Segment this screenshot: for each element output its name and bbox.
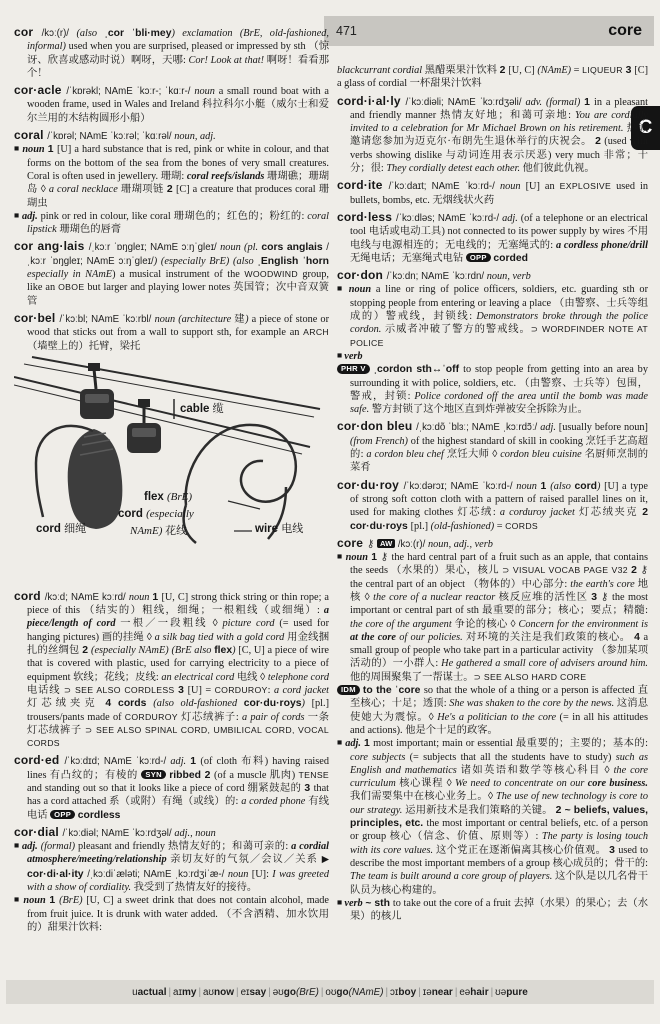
text-run: noun (architecture bbox=[155, 314, 235, 325]
text-run: boy bbox=[398, 987, 416, 998]
phrv-badge: PHR V bbox=[337, 364, 370, 374]
text-run: noun bbox=[228, 869, 252, 880]
text-run: 建 bbox=[234, 314, 245, 325]
derivative-marker: ▶ bbox=[322, 855, 329, 865]
text-run: 灯芯绒: bbox=[457, 507, 499, 518]
text-run: əʊ bbox=[273, 987, 284, 998]
text-run: 3 bbox=[178, 685, 188, 696]
bullet-marker: ■ bbox=[14, 894, 23, 904]
text-run: He gathered a small core of advisers aro… bbox=[441, 658, 648, 669]
text-run: cor·dial bbox=[14, 825, 62, 839]
text-run: a silk bag tied with a gold cord bbox=[155, 632, 287, 643]
text-run: 珊瑚: bbox=[161, 171, 187, 182]
text-run: 3 bbox=[591, 592, 601, 603]
key-icon: ⚷ bbox=[381, 552, 392, 563]
text-run: [usually before noun] bbox=[559, 422, 648, 433]
text-run: noun bbox=[129, 592, 153, 603]
text-run: cord bbox=[575, 481, 598, 492]
text-run: near bbox=[432, 987, 453, 998]
text-run: cable bbox=[180, 403, 213, 415]
text-run: cord bbox=[14, 589, 45, 603]
text-run: /ˌkɔːdiˈæləti; NAmE ˌkɔːrdʒiˈæ-/ bbox=[87, 869, 228, 880]
text-run: He's a politician to the core bbox=[437, 712, 559, 723]
entry-paragraph: blackcurrant cordial 黑醋栗果汁饮料 2 [U, C] (N… bbox=[337, 64, 648, 91]
text-run: 核心课程 bbox=[399, 778, 446, 789]
text-run: /ˈkɔːdiəli; NAmE ˈkɔːrdʒəli/ bbox=[406, 97, 526, 108]
text-run: cord·i·al·ly bbox=[337, 94, 406, 108]
text-run: Concern for the environment is bbox=[518, 619, 648, 630]
text-run: pleasant and friendly bbox=[78, 841, 168, 852]
entry-paragraph: coral /ˈkɒrəl; NAmE ˈkɔːrəl; ˈkɑːrəl/ no… bbox=[14, 129, 329, 143]
text-run: 4 cords bbox=[105, 698, 153, 709]
dict-entry-core: core ⚷ AW /kɔː(r)/ noun, adj., verb■ nou… bbox=[337, 537, 648, 924]
text-run: core business. bbox=[588, 778, 648, 789]
entry-paragraph: core ⚷ AW /kɔː(r)/ noun, adj., verb bbox=[337, 537, 648, 551]
entry-paragraph: cor·don bleu /ˌkɔːdõ ˈblɜː; NAmE ˌkɔːrdɔ… bbox=[337, 420, 648, 474]
text-run: ◊ bbox=[492, 449, 500, 460]
dict-entry-cordite: cord·ite /ˈkɔːdaɪt; NAmE ˈkɔːrd-/ noun [… bbox=[337, 179, 648, 207]
text-run: NAmE) bbox=[130, 525, 165, 537]
dict-entry-cordial-continued: blackcurrant cordial 黑醋栗果汁饮料 2 [U, C] (N… bbox=[337, 64, 648, 91]
text-run: 对环境的关注是我们政策的核心。 bbox=[466, 632, 634, 643]
text-run: ˌcordon sth↔ˈoff bbox=[374, 364, 464, 375]
text-run: 与动词连用表示厌恶 bbox=[446, 150, 548, 161]
text-run: cord·less bbox=[337, 210, 396, 224]
text-run: cor·don bbox=[337, 268, 387, 282]
text-run: (BrE) bbox=[296, 987, 319, 998]
entry-paragraph: cord /kɔːd; NAmE kɔːrd/ noun 1 [U, C] st… bbox=[14, 590, 329, 751]
entry-paragraph: ■ noun a line or ring of police officers… bbox=[337, 283, 648, 349]
text-run: especially in NAmE bbox=[27, 269, 112, 280]
dictionary-page: 471 core C cor /kɔː(r)/ (also ˌcor ˈbli·… bbox=[0, 0, 660, 1024]
entries-group-left-top: cor /kɔː(r)/ (also ˌcor ˈbli·mey) exclam… bbox=[14, 26, 329, 353]
text-run: noun bbox=[500, 181, 526, 192]
text-run: /ˈkɔːdaɪt; NAmE ˈkɔːrd-/ bbox=[389, 181, 500, 192]
text-run: EXPLOSIVE bbox=[560, 181, 611, 191]
entry-paragraph: cor·du·roy /ˈkɔːdərɔɪ; NAmE ˈkɔːrd-/ nou… bbox=[337, 479, 648, 533]
text-run: (BrE) bbox=[59, 895, 86, 906]
text-run: ◊ bbox=[213, 618, 223, 629]
entry-paragraph: IDM to the ˈcore so that the whole of a … bbox=[337, 684, 648, 737]
entry-paragraph: ■ verb ~ sth to take out the core of a f… bbox=[337, 897, 648, 924]
text-run: eə bbox=[459, 987, 470, 998]
text-run: noun bbox=[346, 552, 372, 563]
text-run: /ˈkɒrəl; NAmE ˈkɔːrəl; ˈkɑːrəl/ bbox=[47, 131, 174, 142]
text-run: the earth's core bbox=[570, 579, 637, 590]
text-run: adj. bbox=[22, 211, 41, 222]
text-run: (also bbox=[76, 28, 104, 39]
text-run: 肌肉 bbox=[270, 770, 292, 781]
text-run: (of a muscle bbox=[214, 770, 270, 781]
text-run: ˌcor ˈbli·mey bbox=[104, 28, 171, 39]
text-run: (= subjects that all the students have t… bbox=[410, 752, 616, 763]
key-icon: ⚷ bbox=[367, 539, 377, 550]
text-run: 2 bbox=[167, 184, 176, 195]
text-run: a cordless phone/drill bbox=[556, 240, 648, 251]
text-run: to take out the core of a fruit bbox=[393, 898, 514, 909]
text-run: cor ang·lais bbox=[14, 239, 89, 253]
text-run: picture cord bbox=[222, 618, 279, 629]
text-run: 珊瑚色的唇膏 bbox=[59, 224, 121, 235]
text-run: 核反应堆的活性区 bbox=[499, 592, 592, 603]
text-run: /kɔː(r)/ bbox=[42, 28, 77, 39]
bullet-marker: ■ bbox=[337, 737, 345, 747]
text-run: (especially bbox=[146, 508, 194, 520]
entry-paragraph: ■ verb bbox=[337, 350, 648, 363]
text-run: so that the whole of a thing or a person… bbox=[424, 685, 638, 696]
entry-paragraph: ■ adj. 1 most important; main or essenti… bbox=[337, 737, 648, 897]
text-run: ◊ bbox=[488, 791, 496, 802]
text-run: 画的挂绳 bbox=[102, 632, 147, 643]
text-run: verb bbox=[344, 351, 362, 362]
text-run: say bbox=[250, 987, 267, 998]
text-run: 珊瑚色的；红色的；粉红的: bbox=[174, 211, 308, 222]
text-run: 1 bbox=[49, 895, 59, 906]
text-run: a corded phone bbox=[241, 796, 308, 807]
text-run: ) a musical instrument of the bbox=[112, 269, 244, 280]
text-run: 核心（信念、价值、原则等）: bbox=[390, 831, 542, 842]
bullet-marker: ■ bbox=[14, 210, 22, 220]
text-run: flex bbox=[144, 491, 167, 503]
text-run: （物体的）中心部分: bbox=[468, 579, 570, 590]
text-run: ˌEnglish ˈhorn bbox=[257, 256, 329, 267]
bullet-marker: ■ bbox=[337, 897, 344, 907]
left-column: cor /kɔː(r)/ (also ˌcor ˈbli·mey) exclam… bbox=[14, 26, 329, 980]
text-run: 我们需要集中在核心业务上。 bbox=[350, 791, 488, 802]
text-run: of the highest standard of skill in cook… bbox=[411, 436, 586, 447]
text-run: ◊ bbox=[429, 712, 438, 723]
text-run: OBOE bbox=[58, 282, 84, 292]
text-run: 花线 bbox=[165, 525, 187, 537]
text-run: the central part of an object bbox=[350, 579, 468, 590]
text-run: ɪə bbox=[423, 987, 432, 998]
text-run: 这个党正在逐渐偏离其核心价值观。 bbox=[436, 845, 609, 856]
text-run: 软线；花线；皮线: bbox=[73, 672, 161, 683]
text-run: ʊə bbox=[495, 987, 506, 998]
text-run: wire bbox=[255, 523, 281, 535]
text-run: 热情友好地；和蔼可亲地: bbox=[440, 110, 575, 121]
dict-entry-coral: coral /ˈkɒrəl; NAmE ˈkɔːrəl; ˈkɑːrəl/ no… bbox=[14, 129, 329, 236]
text-run: adj. bbox=[502, 213, 521, 224]
text-run: 亲切友好的气氛／会议／关系 bbox=[170, 854, 321, 865]
text-run: 一杯甜果汁饮料 bbox=[410, 78, 482, 89]
text-run: of our policies. bbox=[399, 632, 466, 643]
text-run: adj., noun bbox=[174, 828, 215, 839]
text-run: [pl.] bbox=[411, 521, 431, 532]
entry-paragraph: cor·dial /ˈkɔːdiəl; NAmE ˈkɔːrdʒəl/ adj.… bbox=[14, 826, 329, 840]
opp-badge: OPP bbox=[50, 810, 75, 820]
text-run: (of cloth bbox=[200, 756, 241, 767]
text-run: ◊ bbox=[605, 765, 614, 776]
illustration-cord-wire: cable 缆 flex (BrE) cord (especially NAmE… bbox=[14, 355, 329, 587]
text-run: cor·bel bbox=[14, 311, 59, 325]
text-run: (NAmE) bbox=[537, 65, 571, 76]
text-run: a coral necklace bbox=[49, 184, 121, 195]
text-run: [U]: bbox=[252, 869, 273, 880]
text-run: ◊ bbox=[447, 778, 455, 789]
text-run: 1 bbox=[584, 97, 594, 108]
text-run: an electrical cord bbox=[161, 672, 237, 683]
dict-entry-cor-anglais: cor ang·lais /ˌkɔːr ˈɒŋgleɪ; NAmE ɔːŋˈgl… bbox=[14, 240, 329, 307]
text-run: = bbox=[571, 65, 582, 76]
guide-word: core bbox=[608, 22, 642, 40]
text-run: ⊃ SEE ALSO HARD CORE bbox=[474, 672, 587, 682]
text-run: They cordially detest each other. bbox=[386, 163, 522, 174]
dict-entry-cordial: cor·dial /ˈkɔːdiəl; NAmE ˈkɔːrdʒəl/ adj.… bbox=[14, 826, 329, 934]
text-run: aʊ bbox=[203, 987, 214, 998]
text-run: noun bbox=[23, 895, 49, 906]
text-run: adj. bbox=[22, 841, 41, 852]
text-run: adj. bbox=[170, 756, 190, 767]
text-run: eɪ bbox=[241, 987, 250, 998]
text-run: 电线 bbox=[281, 523, 303, 535]
dict-entry-cordon: cor·don /ˈkɔːdn; NAmE ˈkɔːrdn/ noun, ver… bbox=[337, 269, 648, 416]
running-header: 471 core bbox=[324, 16, 654, 46]
text-run: noun, adj., verb bbox=[428, 539, 493, 550]
text-run: She was shaken to the core by the news. bbox=[449, 698, 617, 709]
text-run: telephone cord bbox=[268, 672, 329, 683]
idm-badge: IDM bbox=[337, 685, 360, 695]
text-run: and standing out so that it looks like a… bbox=[27, 783, 248, 794]
entry-paragraph: cor·don /ˈkɔːdn; NAmE ˈkɔːrdn/ noun, ver… bbox=[337, 269, 648, 283]
text-run: cordless bbox=[78, 810, 121, 821]
text-run: actual bbox=[138, 987, 167, 998]
text-run: used when you are surprised, pleased or … bbox=[69, 41, 309, 52]
text-run: (old-fashioned) bbox=[431, 521, 495, 532]
text-run: cor bbox=[14, 26, 42, 39]
bullet-marker: ■ bbox=[337, 283, 349, 293]
text-run: cord bbox=[36, 523, 64, 535]
text-run: cor·acle bbox=[14, 83, 66, 97]
text-run: noun bbox=[516, 481, 540, 492]
bullet-marker: ■ bbox=[337, 551, 346, 561]
text-run: 电话或电动工具 bbox=[369, 226, 442, 237]
text-run: 3 bbox=[609, 845, 618, 856]
text-run: 细绳 bbox=[64, 523, 86, 535]
dict-entry-cor: cor /kɔː(r)/ (also ˌcor ˈbli·mey) exclam… bbox=[14, 26, 329, 80]
entry-paragraph: cor /kɔː(r)/ (also ˌcor ˈbli·mey) exclam… bbox=[14, 26, 329, 80]
text-run: 灯芯绒夹克 bbox=[579, 507, 642, 518]
text-run: ◊ bbox=[260, 672, 268, 683]
text-run: 缆 bbox=[213, 403, 224, 415]
text-run: ) bbox=[292, 770, 299, 781]
text-run: 他们彼此仇视。 bbox=[523, 163, 595, 174]
text-run: a pair of cords bbox=[242, 712, 308, 723]
text-run: (BrE) bbox=[167, 491, 192, 503]
text-run: 电话线 bbox=[27, 685, 64, 696]
page-number: 471 bbox=[336, 24, 357, 38]
text-run: /ˈkɔːdərɔɪ; NAmE ˈkɔːrd-/ bbox=[404, 481, 517, 492]
text-run: noun bbox=[349, 284, 376, 295]
text-run: 无绳电话；无塞绳式电钻 bbox=[350, 253, 466, 264]
text-run: ) not connected to its power supply by w… bbox=[441, 226, 627, 237]
text-run: ) bbox=[302, 698, 312, 709]
text-run: noun, verb bbox=[487, 271, 531, 282]
text-run: cor·du·roys bbox=[244, 698, 302, 709]
text-run: ◊ bbox=[147, 632, 155, 643]
text-run: (also bbox=[550, 481, 574, 492]
text-run: = bbox=[494, 521, 505, 532]
dict-entry-corded: cord·ed /ˈkɔːdɪd; NAmE ˈkɔːrd-/ adj. 1 (… bbox=[14, 754, 329, 821]
text-run: LIQUEUR bbox=[582, 65, 625, 75]
text-run: 2 bbox=[631, 565, 640, 576]
text-run: 绷紧鼓起的 bbox=[248, 783, 305, 794]
text-run: cors anglais bbox=[261, 242, 326, 253]
text-run: /kɔː(r)/ bbox=[398, 539, 428, 550]
text-run: 争论的核心 bbox=[455, 619, 511, 630]
text-run: [U] = bbox=[188, 685, 215, 696]
text-run: [U] an bbox=[526, 181, 560, 192]
illustration-label-flex: flex (BrE) bbox=[144, 491, 192, 504]
text-run: 1 bbox=[48, 144, 57, 155]
text-run: a cordon bleu chef bbox=[366, 449, 446, 460]
text-run: the core of a nuclear reactor bbox=[373, 592, 499, 603]
text-run: ARCH bbox=[303, 327, 329, 337]
text-run: most important; main or essential bbox=[373, 738, 516, 749]
text-run: coral bbox=[14, 128, 47, 142]
text-run: adj. bbox=[345, 738, 364, 749]
text-run: noun bbox=[194, 86, 218, 97]
dict-entry-cordon-bleu: cor·don bleu /ˌkɔːdõ ˈblɜː; NAmE ˌkɔːrdɔ… bbox=[337, 420, 648, 474]
text-run: /ˌkɔːr ˈɒŋgleɪ; NAmE ɔːŋˈgleɪ/ bbox=[89, 242, 220, 253]
bullet-marker: ■ bbox=[14, 840, 22, 850]
text-run: cor·di·al·ity bbox=[27, 869, 87, 880]
text-run: （结实的）粗线，细绳；一根粗线（或细绳）: bbox=[84, 605, 324, 616]
illustration-label-wire: wire 电线 bbox=[255, 523, 303, 536]
syn-badge: SYN bbox=[141, 770, 166, 780]
text-run: We need to concentrate on our bbox=[455, 778, 588, 789]
dict-entry-corbel: cor·bel /ˈkɔːbl; NAmE ˈkɔːrbl/ noun (arc… bbox=[14, 312, 329, 353]
text-run: noun (pl. bbox=[220, 242, 261, 253]
entry-paragraph: cor ang·lais /ˌkɔːr ˈɒŋgleɪ; NAmE ɔːŋˈgl… bbox=[14, 240, 329, 307]
text-run: 1 bbox=[371, 552, 380, 563]
cord-wire-drawing bbox=[14, 355, 329, 587]
text-run: /ˈkɔːdn; NAmE ˈkɔːrdn/ bbox=[387, 271, 487, 282]
entry-paragraph: cord·less /ˈkɔːdləs; NAmE ˈkɔːrd-/ adj. … bbox=[337, 211, 648, 265]
text-run: Cor! Look at that! bbox=[189, 55, 267, 66]
text-run: 运用新技术是我们策略的关键。 bbox=[405, 805, 556, 816]
text-run: 一根／一段粗线 bbox=[120, 618, 212, 629]
bullet-marker: ■ bbox=[14, 143, 22, 153]
right-column: blackcurrant cordial 黑醋栗果汁饮料 2 [U, C] (N… bbox=[337, 64, 648, 980]
text-run: now bbox=[214, 987, 234, 998]
text-run: 警方封锁了这个地区直到炸弹被安全拆除为止。 bbox=[372, 404, 588, 415]
text-run: 1 bbox=[190, 756, 200, 767]
text-run: pure bbox=[506, 987, 528, 998]
illustration-label-cord-flex: cord (especially bbox=[118, 508, 194, 521]
dict-entry-cordially: cord·i·al·ly /ˈkɔːdiəli; NAmE ˈkɔːrdʒəli… bbox=[337, 95, 648, 176]
text-run: cord bbox=[118, 508, 146, 520]
text-run: adj. bbox=[540, 422, 559, 433]
text-run: corded bbox=[493, 253, 528, 264]
opp-badge: OPP bbox=[466, 253, 491, 263]
text-run: ◊ bbox=[41, 184, 49, 195]
illustration-label-cord-flex-2: NAmE) 花线 bbox=[130, 525, 187, 538]
text-run: my bbox=[182, 987, 196, 998]
text-run: (from French) bbox=[350, 436, 411, 447]
text-run: 1 bbox=[364, 738, 373, 749]
text-run: pink or red in colour, like coral bbox=[41, 211, 174, 222]
text-run: CORDS bbox=[505, 521, 538, 531]
text-run: [U, C] bbox=[508, 65, 537, 76]
text-run: blackcurrant cordial bbox=[337, 65, 425, 76]
text-run: 最重要的；主要的；基本的: bbox=[516, 738, 648, 749]
text-run: /ˈkɔːdɪd; NAmE ˈkɔːrd-/ bbox=[64, 756, 170, 767]
text-run: ) (especially BrE) (also bbox=[154, 256, 258, 267]
text-run: (NAmE) bbox=[349, 987, 384, 998]
text-run: noun, adj. bbox=[174, 131, 215, 142]
text-run: coral reefs/islands bbox=[187, 171, 267, 182]
text-run: but larger and playing lower notes bbox=[84, 282, 233, 293]
text-run: 他的周围聚集了一帮谋士。 bbox=[350, 672, 474, 683]
entry-paragraph: ■ adj. (formal) pleasant and friendly 热情… bbox=[14, 840, 329, 894]
text-run: /ˈkɒrəkl; NAmE ˈkɔːr-; ˈkɑːr-/ bbox=[66, 86, 194, 97]
text-run: 我受到了热情友好的接待。 bbox=[134, 882, 258, 893]
text-run: /ˈkɔːbl; NAmE ˈkɔːrbl/ bbox=[59, 314, 154, 325]
text-run: ribbed bbox=[169, 770, 204, 781]
text-run: 有凸纹的；有棱的 bbox=[50, 770, 142, 781]
entries-group-right: blackcurrant cordial 黑醋栗果汁饮料 2 [U, C] (N… bbox=[337, 64, 648, 923]
entry-paragraph: ■ noun 1 (BrE) [U, C] a sweet drink that… bbox=[14, 894, 329, 934]
entry-paragraph: ■ adj. pink or red in colour, like coral… bbox=[14, 210, 329, 237]
entry-paragraph: ■ noun 1 ⚷ the hard central part of a fr… bbox=[337, 551, 648, 684]
illustration-label-cable: cable 缆 bbox=[180, 403, 224, 416]
text-run: core bbox=[337, 536, 367, 550]
text-run: core subjects bbox=[350, 752, 410, 763]
bullet-marker: ■ bbox=[337, 350, 344, 360]
text-run: (also old-fashioned bbox=[153, 698, 243, 709]
text-run: 电线 bbox=[237, 672, 260, 683]
illustration-label-cord-rope: cord 细绳 bbox=[36, 523, 86, 536]
text-run: 黑醋栗果汁饮料 bbox=[425, 65, 500, 76]
text-run: /kɔːd; NAmE kɔːrd/ bbox=[45, 592, 129, 603]
text-run: go bbox=[336, 987, 348, 998]
text-run: noun bbox=[22, 144, 47, 155]
text-run: cord·ite bbox=[337, 178, 389, 192]
text-run: adv. (formal) bbox=[525, 97, 584, 108]
text-run: ⊃ SEE ALSO CORDLESS bbox=[64, 685, 178, 695]
text-run: ɔɪ bbox=[390, 987, 398, 998]
text-run: 3 bbox=[304, 783, 313, 794]
text-run: a cord jacket bbox=[274, 685, 329, 696]
text-run: cord·ed bbox=[14, 753, 64, 767]
text-run: (formal) bbox=[41, 841, 78, 852]
pronunciation-key: u actual | aɪ my | aʊ now | eɪ say | əʊ … bbox=[6, 980, 654, 1004]
text-run: 示威者冲破了警方的警戒线。 bbox=[385, 324, 531, 335]
text-run: (especially NAmE) (BrE also bbox=[91, 645, 214, 656]
text-run: The team is built around a core group of… bbox=[350, 871, 555, 882]
dict-entry-coracle: cor·acle /ˈkɒrəkl; NAmE ˈkɔːr-; ˈkɑːr-/ … bbox=[14, 84, 329, 125]
entry-paragraph: cord·ite /ˈkɔːdaɪt; NAmE ˈkɔːrd-/ noun [… bbox=[337, 179, 648, 207]
text-run: [C] a creature that produces coral bbox=[176, 184, 319, 195]
text-run: CORDUROY bbox=[125, 712, 181, 722]
text-run: （墙壁上的）托臂，梁托 bbox=[27, 341, 140, 352]
text-run: 2 bbox=[82, 645, 91, 656]
dict-entry-cordless: cord·less /ˈkɔːdləs; NAmE ˈkɔːrd-/ adj. … bbox=[337, 211, 648, 265]
text-run: cor·don bleu bbox=[337, 419, 416, 433]
entry-paragraph: cord·ed /ˈkɔːdɪd; NAmE ˈkɔːrd-/ adj. 1 (… bbox=[14, 754, 329, 821]
text-run: ) very much bbox=[548, 150, 604, 161]
text-run: hair bbox=[470, 987, 488, 998]
text-run: CORDUROY bbox=[215, 685, 268, 695]
text-run: 热情友好的；和蔼可亲的: bbox=[168, 841, 291, 852]
text-run: 珊瑚项链 bbox=[121, 184, 167, 195]
entry-paragraph: cor·acle /ˈkɒrəkl; NAmE ˈkɔːr-; ˈkɑːr-/ … bbox=[14, 84, 329, 125]
text-run: 系（或附）有绳（或线）的: bbox=[109, 796, 241, 807]
text-run: 他是个十足的政客。 bbox=[405, 725, 498, 736]
text-run: oʊ bbox=[325, 987, 336, 998]
text-run: ~ sth bbox=[365, 898, 393, 909]
